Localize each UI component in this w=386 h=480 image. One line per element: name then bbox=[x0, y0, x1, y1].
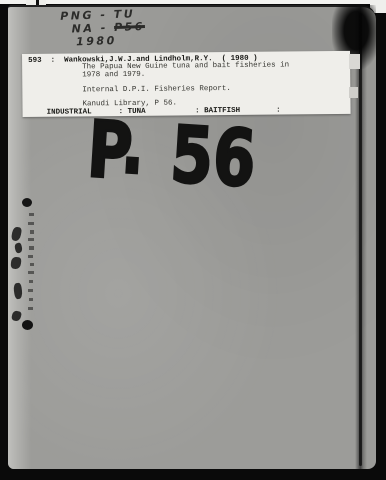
hole-punch-top bbox=[22, 198, 32, 207]
handwritten-annotation: PNG - TU NA - P56 1980 bbox=[58, 7, 146, 49]
scanner-edge-strip bbox=[0, 0, 386, 4]
catalog-card: 593 : Wankowski,J.W.J.and Lindholm,R.Y. … bbox=[22, 51, 351, 117]
card-tab-bottom bbox=[349, 87, 358, 98]
edge-smudge-marks bbox=[10, 227, 30, 327]
spine-fold-line bbox=[359, 13, 362, 466]
shelf-mark-handwritten: P.56 bbox=[85, 113, 257, 197]
shelf-mark-dot: . bbox=[119, 109, 147, 184]
annotation-line-2: NA - P56 bbox=[71, 20, 145, 36]
photocopied-catalog-page: { "colors": { "page_gray": "#9c9c99", "c… bbox=[0, 0, 386, 480]
annotation-line-3: 1980 bbox=[76, 33, 146, 48]
crossed-out-text: P56 bbox=[114, 20, 145, 34]
shelf-mark-number: 56 bbox=[168, 110, 258, 205]
card-tab-top bbox=[349, 54, 360, 69]
scanned-page: PNG - TU NA - P56 1980 593 : Wankowski,J… bbox=[8, 5, 376, 469]
